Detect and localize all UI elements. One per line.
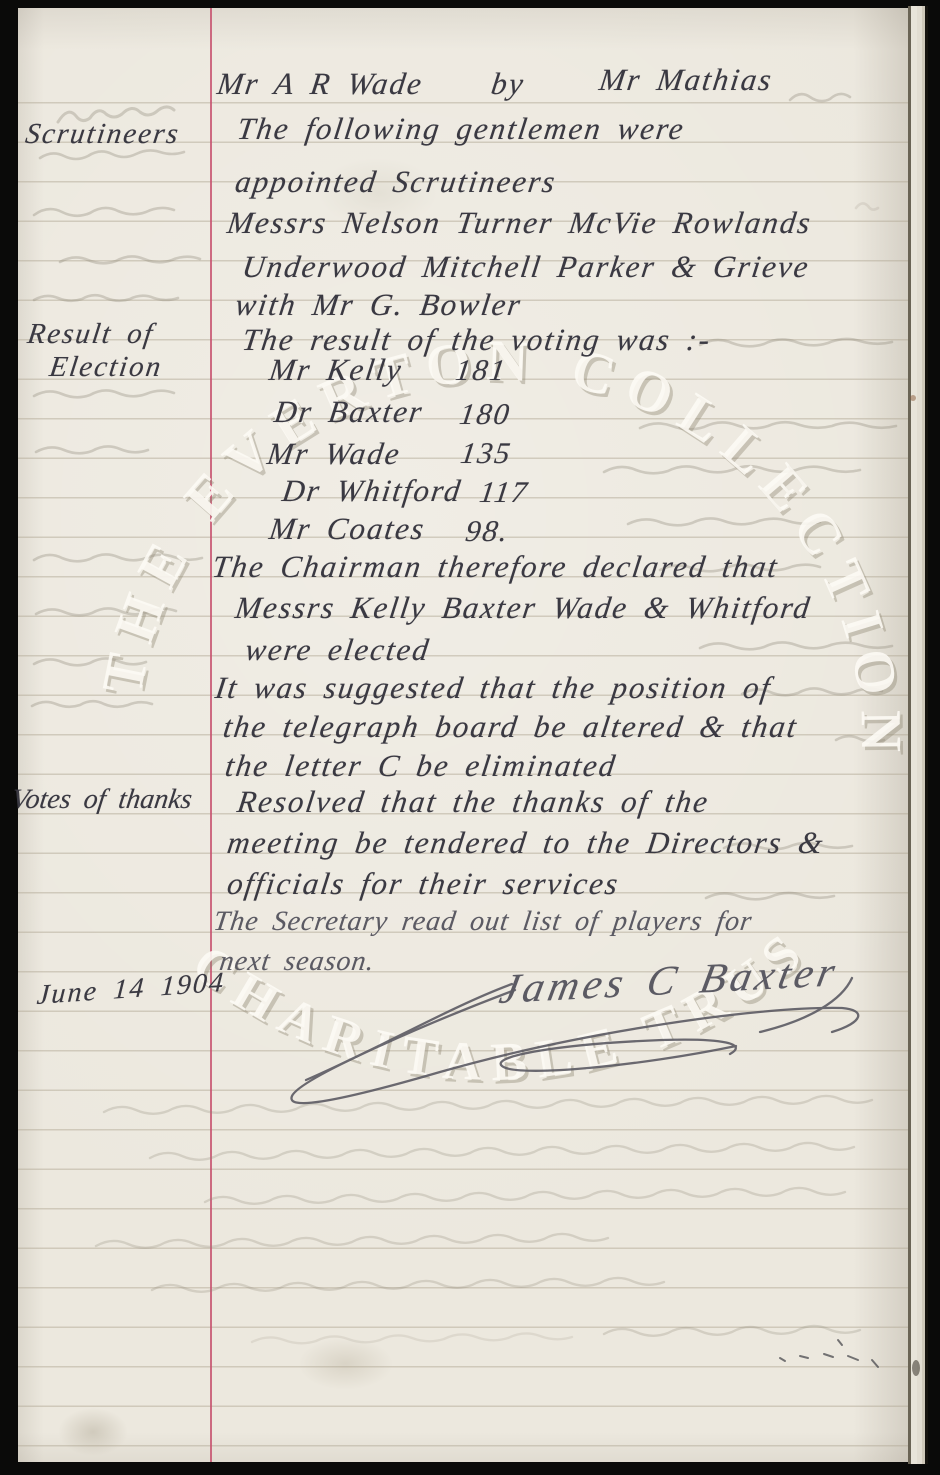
vote-row-count: 135 [458,437,514,471]
handwriting-layer: Mr A R Wade by Mr Mathias Scrutineers Th… [0,0,940,1475]
declaration-line: Messrs Kelly Baxter Wade & Whitford [233,590,814,626]
scrutineers-line: with Mr G. Bowler [233,287,524,323]
declaration-line: were elected [243,632,433,668]
vote-row-count: 98. [463,515,511,549]
margin-note-scrutineers: Scrutineers [23,118,182,151]
scrutineers-line: The following gentlemen were [235,111,687,147]
thanks-line: Resolved that the thanks of the [235,784,712,820]
margin-date: June 14 1904 [36,967,226,1012]
vote-row-name: Mr Wade [265,436,403,472]
margin-note-votes-of-thanks: Votes of thanks [10,784,194,816]
thanks-line: officials for their services [225,866,622,902]
scrutineers-line: appointed Scrutineers [233,164,559,200]
secretary-line: The Secretary read out list of players f… [212,906,755,938]
suggestion-line: It was suggested that the position of [213,670,774,706]
scanned-minute-book-page: THE EVERTON COLLECTION THE EVERTON COLLE… [0,0,940,1475]
vote-row-name: Mr Kelly [267,352,405,388]
suggestion-line: the letter C be eliminated [223,748,619,784]
vote-row-name: Mr Coates [267,511,428,547]
margin-note-election: Election [47,351,164,384]
vote-row-count: 181 [453,354,509,388]
vote-row-count: 117 [477,476,531,510]
margin-note-result-of: Result of [25,318,156,351]
signature-text: James C Baxter [496,949,843,1014]
secretary-line: next season. [218,946,377,978]
vote-row-count: 180 [457,398,513,432]
header-middle: by [489,66,527,102]
declaration-line: The Chairman therefore declared that [210,549,781,585]
vote-row-name: Dr Whitford [280,473,464,509]
scrutineers-line: Underwood Mitchell Parker & Grieve [240,249,812,285]
vote-row-name: Dr Baxter [272,394,426,430]
suggestion-line: the telegraph board be altered & that [221,709,800,745]
header-left: Mr A R Wade [215,66,426,102]
thanks-line: meeting be tendered to the Directors & [225,825,827,861]
header-right: Mr Mathias [597,62,775,98]
scrutineers-line: Messrs Nelson Turner McVie Rowlands [225,205,814,241]
